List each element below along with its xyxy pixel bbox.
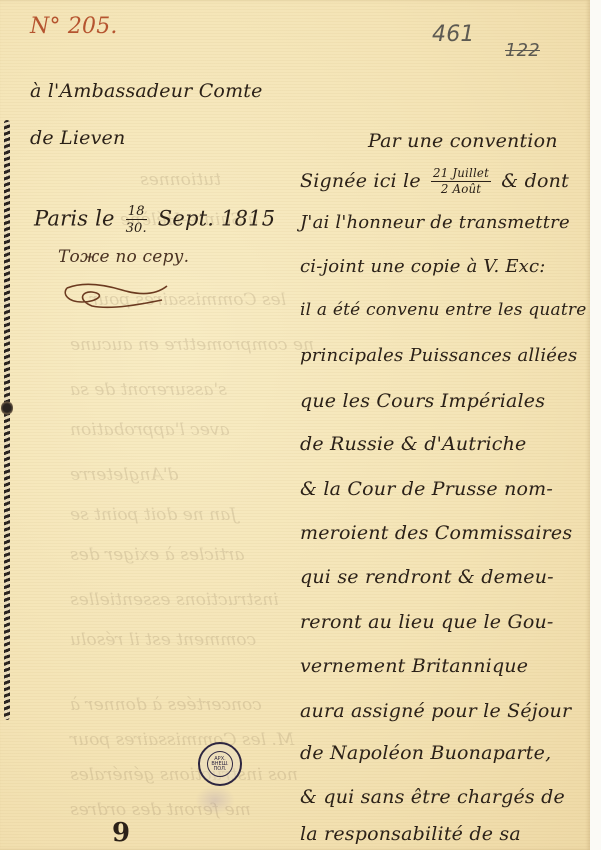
body-line-14: aura assigné pour le Séjour: [300, 700, 571, 722]
stamp-smudge: [195, 785, 235, 815]
signed-date-denominator: 2 Août: [441, 182, 481, 196]
bleed-through-text: ne compromettre en aucune: [70, 335, 314, 355]
body-line-12: reront au lieu que le Gou-: [300, 611, 554, 633]
bleed-through-text: s'assureront de sa: [70, 380, 227, 400]
document-number: N° 205.: [30, 14, 118, 39]
date-fraction: 18 30.: [126, 205, 147, 235]
body-line-2-text: Signée ici le: [300, 170, 421, 192]
body-line-9: & la Cour de Prusse nom-: [300, 478, 553, 500]
folio-number-struck: 122: [505, 40, 540, 61]
folio-number: 461: [432, 22, 475, 47]
body-line-5: il a été convenu entre les quatre: [300, 300, 587, 320]
body-line-3: J'ai l'honneur de transmettre: [300, 212, 570, 233]
body-line-13: vernement Britannique: [300, 655, 528, 677]
body-line-7: que les Cours Impériales: [300, 390, 545, 412]
binding-cord: [4, 120, 10, 720]
stamp-center: АРХ. ВНЕШ. ПОЛ.: [207, 751, 233, 777]
addressee-line-1: à l'Ambassadeur Comte: [30, 80, 263, 102]
body-line-2-suffix: & dont: [501, 170, 569, 192]
bleed-through-text: nos instructions générales: [70, 765, 298, 785]
place-date: Paris le 18 30. Sept. 1815: [34, 205, 275, 235]
body-line-8: de Russie & d'Autriche: [300, 433, 526, 455]
place-date-suffix: Sept. 1815: [158, 207, 276, 231]
body-line-15: de Napoléon Buonaparte,: [300, 742, 551, 764]
signed-date-fraction: 21 Juillet 2 Août: [431, 168, 491, 196]
page-number: 9: [112, 818, 130, 848]
margin-annotation: Тоже по серу.: [58, 247, 189, 267]
bleed-through-text: avec l'approbation: [70, 420, 230, 440]
bleed-through-text: d'Angleterre: [70, 465, 178, 485]
signature-flourish: [62, 280, 172, 310]
manuscript-page: tutionnes a Sainte-Hélène les Commissair…: [0, 0, 590, 850]
body-line-16: & qui sans être chargés de: [300, 786, 565, 808]
addressee-line-2: de Lieven: [30, 127, 125, 149]
bleed-through-text: instructions essentielles: [70, 590, 279, 610]
body-line-1: Par une convention: [368, 130, 558, 152]
bleed-through-text: articles à exiger des: [70, 545, 244, 565]
signed-date-numerator: 21 Juillet: [431, 168, 491, 182]
body-line-4: ci-joint une copie à V. Exc:: [300, 256, 546, 277]
date-numerator: 18: [126, 205, 147, 220]
bleed-through-text: M. les Commissaires pour: [70, 730, 294, 750]
bleed-through-text: Jan ne doit point se: [70, 505, 237, 525]
bleed-through-text: tutionnes: [140, 170, 221, 190]
bleed-through-text: comment est il résolu: [70, 630, 256, 650]
body-line-11: qui se rendront & demeu-: [300, 566, 554, 588]
archive-stamp: АРХ. ВНЕШ. ПОЛ.: [198, 742, 242, 786]
date-denominator: 30.: [126, 220, 147, 235]
binding-knot: [1, 400, 13, 416]
body-line-6: principales Puissances alliées: [300, 345, 577, 366]
body-line-2: Signée ici le 21 Juillet 2 Août & dont: [300, 168, 569, 196]
body-line-17: la responsabilité de sa: [300, 823, 521, 845]
bleed-through-text: concertées à donner à: [70, 695, 262, 715]
scan-margin: [590, 0, 601, 850]
body-line-10: meroient des Commissaires: [300, 522, 572, 544]
place-date-prefix: Paris le: [34, 207, 115, 231]
